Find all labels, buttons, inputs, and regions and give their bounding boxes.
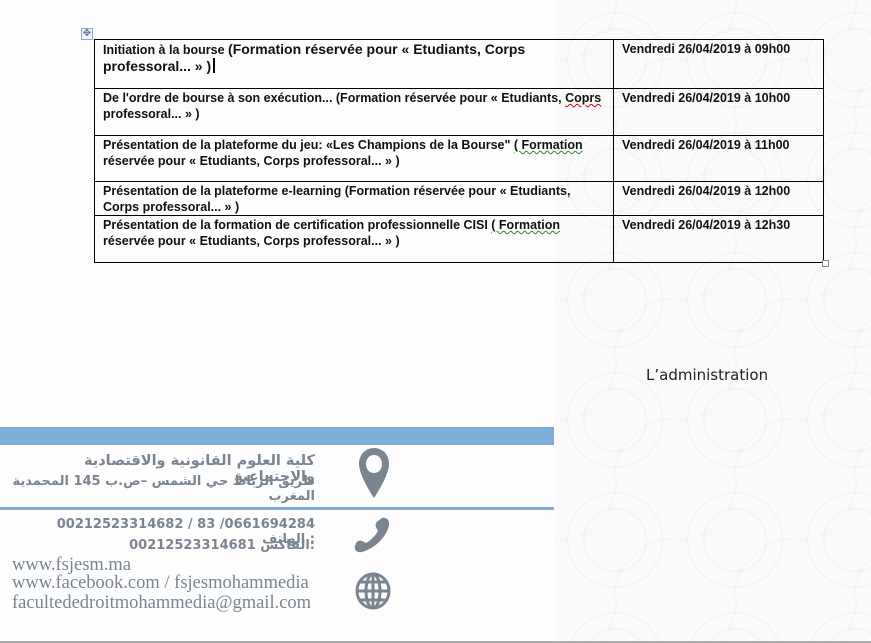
session-datetime[interactable]: Vendredi 26/04/2019 à 10h00 xyxy=(614,89,824,136)
session-title[interactable]: Présentation de la plateforme e-learning… xyxy=(95,182,614,216)
table-row: Présentation de la plateforme du jeu: «L… xyxy=(95,136,824,182)
spelling-flag[interactable]: Coprs xyxy=(565,91,601,105)
grammar-flag[interactable]: ( Formation xyxy=(491,218,560,232)
text-cursor xyxy=(213,58,215,73)
facebook-link[interactable]: www.facebook.com / fsjesmohammedia xyxy=(12,573,309,593)
table-row: Initiation à la bourse (Formation réserv… xyxy=(95,40,824,89)
map-pin-icon xyxy=(357,446,391,500)
session-title[interactable]: Présentation de la plateforme du jeu: «L… xyxy=(95,136,614,182)
table-row: De l'ordre de bourse à son exécution... … xyxy=(95,89,824,136)
grammar-flag[interactable]: ( Formation xyxy=(514,138,583,152)
signature: L’administration xyxy=(646,366,768,384)
session-datetime[interactable]: Vendredi 26/04/2019 à 09h00 xyxy=(614,40,824,89)
table-resize-handle[interactable] xyxy=(822,260,829,267)
session-title[interactable]: Présentation de la formation de certific… xyxy=(95,216,614,263)
session-datetime[interactable]: Vendredi 26/04/2019 à 11h00 xyxy=(614,136,824,182)
table-row: Présentation de la plateforme e-learning… xyxy=(95,182,824,216)
table-row: Présentation de la formation de certific… xyxy=(95,216,824,263)
phone-numbers[interactable]: 00212523314682 / 83 /0661694284 xyxy=(57,517,315,532)
session-title[interactable]: De l'ordre de bourse à son exécution... … xyxy=(95,89,614,136)
session-datetime[interactable]: Vendredi 26/04/2019 à 12h00 xyxy=(614,182,824,216)
globe-icon xyxy=(354,571,392,611)
session-datetime[interactable]: Vendredi 26/04/2019 à 12h30 xyxy=(614,216,824,263)
fax-line: 00212523314681 الفاكس: xyxy=(10,538,315,553)
website-link[interactable]: www.fsjesm.ma xyxy=(12,555,131,575)
schedule-table: Initiation à la bourse (Formation réserv… xyxy=(94,39,824,263)
footer-accent-bar xyxy=(0,427,554,445)
phone-icon xyxy=(352,516,392,554)
institution-address: طريق الرباط حي الشمس –ص.ب 145 المحمدية ا… xyxy=(10,474,315,504)
fax-label: الفاكس: xyxy=(260,538,315,553)
session-title[interactable]: Initiation à la bourse (Formation réserv… xyxy=(95,40,614,89)
email-link[interactable]: facultededroitmohammedia@gmail.com xyxy=(12,593,311,613)
table-move-handle-icon[interactable]: ✥ xyxy=(81,28,93,40)
footer-divider xyxy=(0,507,554,510)
fax-number[interactable]: 00212523314681 xyxy=(129,538,256,553)
